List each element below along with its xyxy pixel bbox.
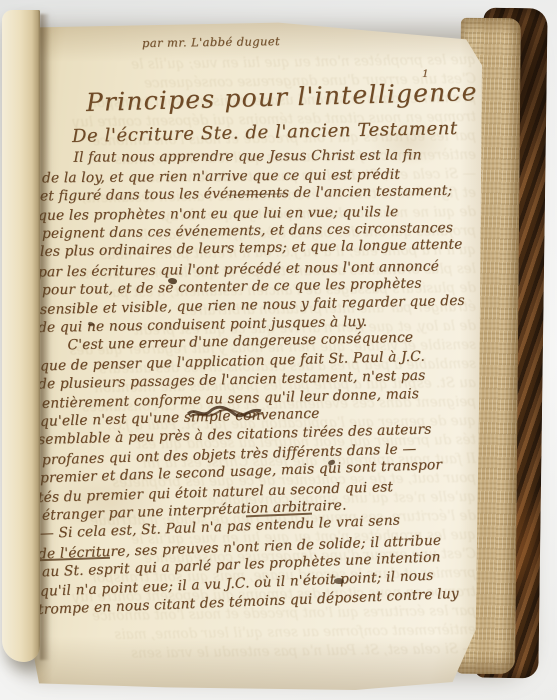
gutter-shadow <box>40 14 50 660</box>
manuscript-body: Il faut nous apprendre que Jesus Christ … <box>38 150 476 620</box>
bleedthrough-line: entièrement conforme au sens qu'il leur … <box>36 621 476 646</box>
left-page-curl <box>2 10 40 662</box>
title-line-2: De l'écriture Ste. de l'ancien Testament <box>72 118 458 147</box>
manuscript-page: que les prophètes n'ont eu que lui en vu… <box>30 22 482 690</box>
ink-scribble-crossout <box>186 403 264 421</box>
manuscript-line: Il faut nous apprendre que Jesus Christ … <box>38 146 470 168</box>
attribution-line: par mr. L'abbé duguet <box>142 34 280 50</box>
title-line-1: Principes pour l'intelligence <box>86 77 478 117</box>
bleedthrough-line: que les prophètes n'ont eu que lui en vu… <box>36 51 476 76</box>
manuscript-photograph: que les prophètes n'ont eu que lui en vu… <box>0 0 557 700</box>
bleedthrough-line: — Si cela est, St. Paul n'a pas entendu … <box>36 640 476 665</box>
